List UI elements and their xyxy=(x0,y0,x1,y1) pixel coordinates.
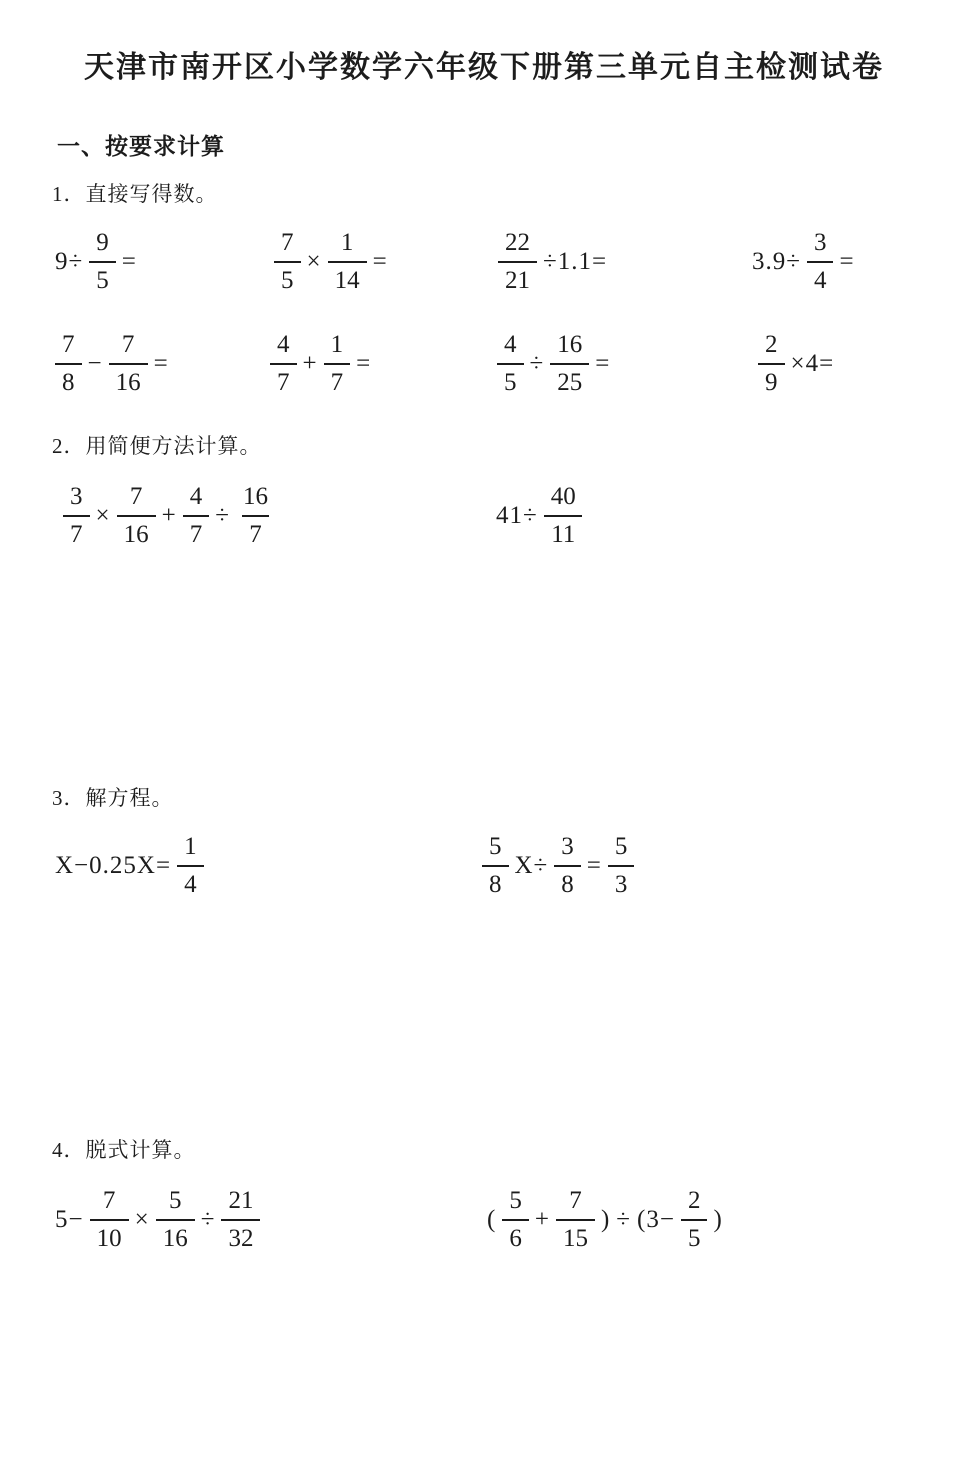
fraction: 34 xyxy=(807,228,834,296)
fraction: 716 xyxy=(117,482,156,550)
fraction-denominator: 21 xyxy=(498,261,537,296)
math-operator: = xyxy=(373,248,388,276)
math-operator: ÷ xyxy=(530,350,545,378)
math-expression: 9÷95= xyxy=(55,228,137,296)
math-operator: X÷ xyxy=(515,852,549,880)
fraction: 17 xyxy=(324,330,351,398)
math-operator: ÷ xyxy=(616,1206,631,1234)
worksheet-page: 天津市南开区小学数学六年级下册第三单元自主检测试卷 一、按要求计算 1．直接写得… xyxy=(0,0,968,1464)
fraction: 1625 xyxy=(550,330,589,398)
fraction-numerator: 40 xyxy=(544,482,583,515)
fraction-denominator: 7 xyxy=(242,515,269,550)
fraction-numerator: 7 xyxy=(55,330,82,363)
fraction: 78 xyxy=(55,330,82,398)
fraction-numerator: 21 xyxy=(221,1186,260,1219)
math-operator: 3.9÷ xyxy=(752,248,801,276)
math-operator: = xyxy=(356,350,371,378)
fraction-denominator: 5 xyxy=(497,363,524,398)
fraction: 47 xyxy=(270,330,297,398)
math-operator: × xyxy=(307,248,322,276)
fraction-denominator: 7 xyxy=(183,515,210,550)
fraction-numerator: 16 xyxy=(236,482,275,515)
math-expression: 5−710×516÷2132 xyxy=(55,1186,260,1254)
fraction-denominator: 4 xyxy=(807,261,834,296)
fraction-denominator: 8 xyxy=(55,363,82,398)
fraction-numerator: 4 xyxy=(270,330,297,363)
fraction: 2132 xyxy=(221,1186,260,1254)
fraction-denominator: 32 xyxy=(221,1219,260,1254)
section-heading: 一、按要求计算 xyxy=(57,128,225,161)
math-operator: ) xyxy=(601,1206,610,1234)
math-operator: = xyxy=(587,852,602,880)
fraction: 47 xyxy=(183,482,210,550)
fraction: 75 xyxy=(274,228,301,296)
math-operator: × xyxy=(96,502,111,530)
fraction: 37 xyxy=(63,482,90,550)
fraction: 516 xyxy=(156,1186,195,1254)
fraction-numerator: 7 xyxy=(115,330,142,363)
fraction-numerator: 5 xyxy=(502,1186,529,1219)
fraction-denominator: 8 xyxy=(482,865,509,900)
fraction: 25 xyxy=(681,1186,708,1254)
fraction: 29 xyxy=(758,330,785,398)
math-expression: 45÷1625= xyxy=(497,330,610,398)
fraction-numerator: 2 xyxy=(681,1186,708,1219)
fraction: 167 xyxy=(236,482,275,550)
fraction-denominator: 7 xyxy=(63,515,90,550)
fraction: 56 xyxy=(502,1186,529,1254)
fraction-numerator: 22 xyxy=(498,228,537,261)
math-operator: = xyxy=(595,350,610,378)
math-operator: = xyxy=(839,248,854,276)
math-operator: ( xyxy=(487,1206,496,1234)
fraction-denominator: 11 xyxy=(544,515,582,550)
fraction-numerator: 3 xyxy=(807,228,834,261)
fraction-denominator: 7 xyxy=(324,363,351,398)
fraction-denominator: 14 xyxy=(328,261,367,296)
math-expression: (56+715)÷(3−25) xyxy=(487,1186,723,1254)
fraction-numerator: 5 xyxy=(608,832,635,865)
fraction-denominator: 16 xyxy=(156,1219,195,1254)
fraction-numerator: 16 xyxy=(550,330,589,363)
fraction-numerator: 4 xyxy=(183,482,210,515)
fraction: 114 xyxy=(328,228,367,296)
fraction-numerator: 2 xyxy=(758,330,785,363)
fraction: 95 xyxy=(89,228,116,296)
page-title: 天津市南开区小学数学六年级下册第三单元自主检测试卷 xyxy=(0,42,968,86)
fraction-denominator: 3 xyxy=(608,865,635,900)
fraction-denominator: 10 xyxy=(90,1219,129,1254)
math-operator: × xyxy=(135,1206,150,1234)
fraction-numerator: 7 xyxy=(274,228,301,261)
fraction: 14 xyxy=(177,832,204,900)
fraction-denominator: 7 xyxy=(270,363,297,398)
fraction-denominator: 16 xyxy=(109,363,148,398)
math-expression: 78−716= xyxy=(55,330,169,398)
fraction-denominator: 6 xyxy=(502,1219,529,1254)
fraction-numerator: 7 xyxy=(562,1186,589,1219)
fraction-numerator: 1 xyxy=(177,832,204,865)
math-operator: 5− xyxy=(55,1206,84,1234)
math-expression: 3.9÷34= xyxy=(752,228,855,296)
fraction-numerator: 7 xyxy=(96,1186,123,1219)
math-expression: 29×4= xyxy=(758,330,834,398)
math-operator: 9÷ xyxy=(55,248,83,276)
problem-1-label: 1．直接写得数。 xyxy=(52,178,218,208)
math-operator: + xyxy=(162,502,177,530)
math-operator: = xyxy=(154,350,169,378)
math-operator: = xyxy=(122,248,137,276)
fraction-denominator: 5 xyxy=(274,261,301,296)
fraction-denominator: 5 xyxy=(681,1219,708,1254)
math-expression: 47+17= xyxy=(270,330,371,398)
fraction-denominator: 25 xyxy=(550,363,589,398)
math-operator: ÷ xyxy=(215,502,230,530)
fraction-denominator: 16 xyxy=(117,515,156,550)
math-operator: X−0.25X= xyxy=(55,852,171,880)
math-operator: + xyxy=(303,350,318,378)
problem-3-label: 3．解方程。 xyxy=(52,782,174,812)
math-operator: ÷ xyxy=(201,1206,216,1234)
fraction: 4011 xyxy=(544,482,583,550)
problem-2-label: 2．用简便方法计算。 xyxy=(52,430,262,460)
fraction-numerator: 4 xyxy=(497,330,524,363)
fraction-numerator: 3 xyxy=(63,482,90,515)
fraction: 38 xyxy=(554,832,581,900)
problem-4-label: 4．脱式计算。 xyxy=(52,1134,196,1164)
fraction-numerator: 3 xyxy=(554,832,581,865)
fraction: 715 xyxy=(556,1186,595,1254)
math-expression: 41÷4011 xyxy=(496,482,583,550)
fraction: 716 xyxy=(109,330,148,398)
fraction: 58 xyxy=(482,832,509,900)
math-expression: 2221÷1.1= xyxy=(498,228,607,296)
math-expression: X−0.25X=14 xyxy=(55,832,204,900)
fraction: 710 xyxy=(90,1186,129,1254)
fraction-numerator: 7 xyxy=(123,482,150,515)
math-operator: (3− xyxy=(637,1206,675,1234)
fraction-numerator: 1 xyxy=(324,330,351,363)
math-operator: − xyxy=(88,350,103,378)
fraction-numerator: 5 xyxy=(162,1186,189,1219)
math-operator: + xyxy=(535,1206,550,1234)
fraction-denominator: 8 xyxy=(554,865,581,900)
fraction-denominator: 4 xyxy=(177,865,204,900)
fraction-numerator: 1 xyxy=(334,228,361,261)
fraction-numerator: 9 xyxy=(89,228,116,261)
fraction-denominator: 9 xyxy=(758,363,785,398)
math-operator: 41÷ xyxy=(496,502,538,530)
fraction: 45 xyxy=(497,330,524,398)
math-expression: 37×716+47÷167 xyxy=(63,482,275,550)
math-expression: 58X÷38=53 xyxy=(482,832,634,900)
fraction-numerator: 5 xyxy=(482,832,509,865)
math-operator: ×4= xyxy=(791,350,835,378)
fraction-denominator: 15 xyxy=(556,1219,595,1254)
math-expression: 75×114= xyxy=(274,228,388,296)
fraction-denominator: 5 xyxy=(89,261,116,296)
fraction: 53 xyxy=(608,832,635,900)
math-operator: ) xyxy=(713,1206,722,1234)
fraction: 2221 xyxy=(498,228,537,296)
math-operator: ÷1.1= xyxy=(543,248,607,276)
